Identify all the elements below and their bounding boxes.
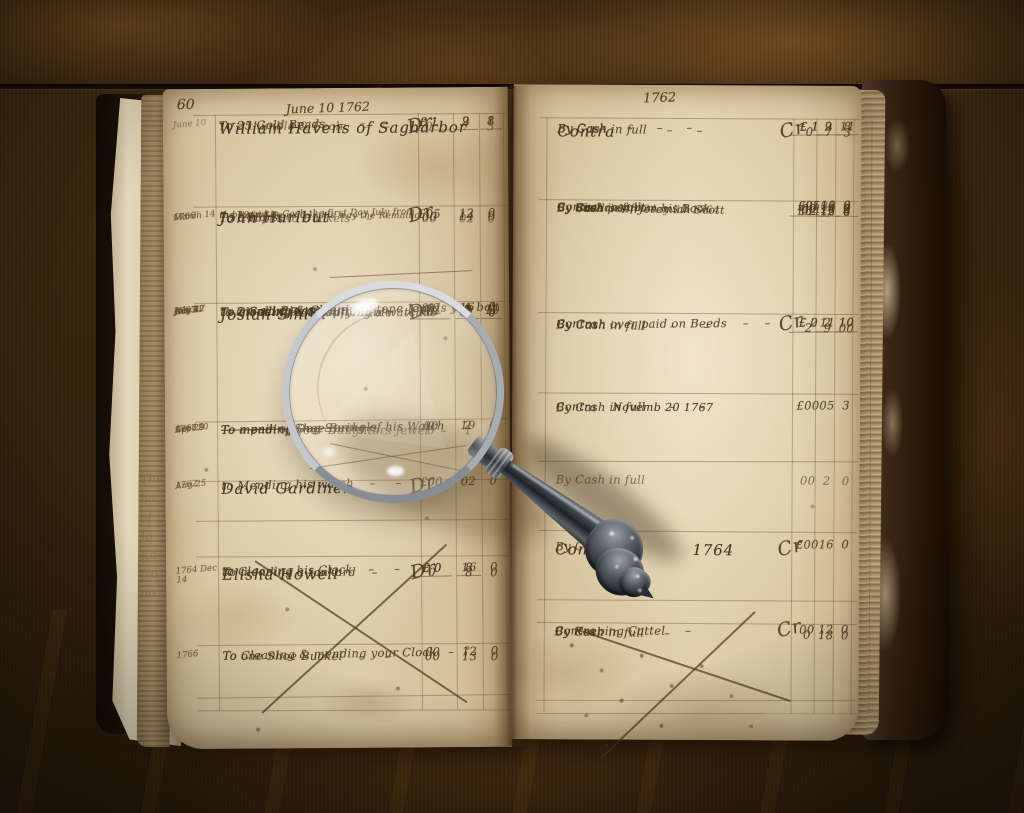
entry-desc: To a thimble & Seale – – xyxy=(219,119,391,134)
entry-desc: To mending a tankard – xyxy=(222,565,378,580)
entry-desc: By Cash in full xyxy=(557,201,641,215)
rule-line xyxy=(197,709,510,711)
lens-refraction-arc xyxy=(290,285,495,490)
entry-desc: By Cash in full – xyxy=(555,624,671,641)
amount-pence: 0 xyxy=(835,474,857,489)
ledger-section: 1766John HurlbutDrMarch 14To a Horse – –… xyxy=(220,209,507,211)
lens-specular-highlight xyxy=(387,466,404,476)
page-number: 60 xyxy=(177,97,195,113)
amount-pence: 11 xyxy=(836,119,858,135)
amount-shillings: 14 xyxy=(455,209,479,223)
amount-pence: 3 xyxy=(835,398,857,413)
ledger-section: ContraCrBy Cash over paid on Beeds – –£ … xyxy=(557,315,859,317)
ledger-section: William Havens of SagharborDrTo 25 Gold … xyxy=(219,117,506,119)
entry-desc: To one Shoe Buckel – – xyxy=(223,649,391,664)
amount-pence: 0 xyxy=(834,628,856,643)
lens-specular-highlight xyxy=(323,448,335,456)
entry-desc: By Cash in full – – xyxy=(556,315,709,335)
ledger-photo-scene: 60 June 10 1762 William Havens of Saghar… xyxy=(0,0,1024,813)
rule-line xyxy=(536,700,856,701)
ledger-section: ContraCrBy Cash – – –£ 128By Cash in ful… xyxy=(558,121,860,123)
amount-pounds: £ 1 xyxy=(409,114,449,131)
rule-line xyxy=(538,392,858,394)
amount-pounds: 00 xyxy=(410,209,450,223)
magnifying-glass-lens xyxy=(282,281,504,503)
amount-shillings: 16 xyxy=(457,560,481,576)
amount-shillings: 9 xyxy=(454,114,478,130)
ledger-section: Elisha HowellDrto Cleaning his Clock – –… xyxy=(222,563,509,565)
entry-year: 1766 xyxy=(176,648,222,661)
entry-desc: To Chapes to Buckels – xyxy=(220,211,373,225)
entry-desc: May 30 1764 xyxy=(645,203,720,217)
entry-date: Oct 3 xyxy=(173,210,219,223)
ledger-section: 1766To Cleaning & mending your Clock –00… xyxy=(223,647,510,649)
amount-pounds: 00 xyxy=(413,649,453,664)
lens-specular-highlight xyxy=(347,296,380,320)
amount-shillings: 13 xyxy=(458,649,482,664)
rule-line xyxy=(536,713,856,714)
entry-date: Sept 20 xyxy=(175,422,221,436)
lens-reflection xyxy=(314,313,475,474)
amount-pence: 0 xyxy=(834,537,856,552)
entry-desc: By Cash in full – – xyxy=(557,121,702,138)
rule-line xyxy=(215,115,220,711)
paper-speckles xyxy=(163,89,165,91)
entry-desc: By Cash in full – – xyxy=(556,399,705,415)
ledger-right-page: 1762 ContraCrBy Cash – – –£ 128By Cash i… xyxy=(510,84,861,741)
ghost-writing: ThehaofJoKafrono xyxy=(140,468,210,601)
ledger-section: Contra Novemb 20 1767By Cash in full – –… xyxy=(556,400,858,402)
rule-line xyxy=(196,555,509,557)
page-header-date: 1762 xyxy=(599,89,719,108)
amount-pence: 10 xyxy=(835,313,857,332)
amount-pence: 4 xyxy=(836,205,858,218)
entry-date: Aug 17 xyxy=(174,304,220,317)
rule-line xyxy=(540,117,860,120)
rule-line xyxy=(537,599,857,602)
entry-date: June 10 xyxy=(173,118,219,131)
